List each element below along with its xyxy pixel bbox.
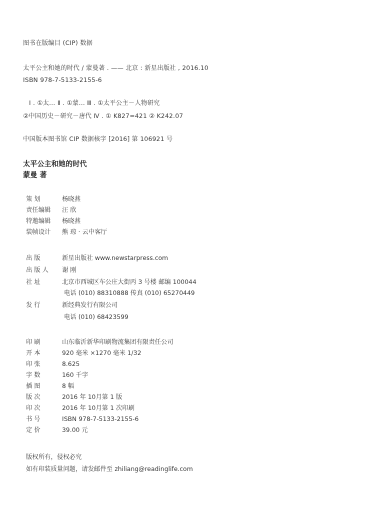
cip-subjects-line2: ②中国历史－研究－唐代 Ⅳ . ① K827=421 ② K242.07 (23, 114, 183, 120)
spec-row-price: 定 价 39.00 元 (26, 428, 88, 434)
address-label: 社 址 (26, 280, 62, 286)
spec-label: 版 次 (26, 395, 62, 401)
publisher-person-value: 谢 刚 (62, 268, 76, 274)
book-title: 太平公主和她的时代 (23, 161, 87, 168)
publisher-row: 出 版 新星出版社 www.newstarpress.com (26, 256, 168, 262)
book-author: 蒙曼 著 (23, 172, 47, 179)
credit-label: 策 划 (26, 197, 62, 203)
credit-guest-editor: 特邀编辑 杨晓燕 (26, 219, 81, 225)
cip-isbn: ISBN 978-7-5133-2155-6 (23, 78, 102, 84)
spec-row-isbn: 书 号 ISBN 978-7-5133-2155-6 (26, 417, 139, 423)
spec-row-format: 开 本 920 毫米 ×1270 毫米 1/32 (26, 351, 141, 357)
publisher-label: 出 版 (26, 256, 62, 262)
spec-row-wordcount: 字 数 160 千字 (26, 373, 88, 379)
publisher-value: 新星出版社 www.newstarpress.com (62, 256, 168, 262)
spec-row-illustrations: 插 图 8 幅 (26, 384, 74, 390)
spec-value: 山东临沂新华印刷物流集团有限责任公司 (62, 340, 173, 346)
spec-value: 8 幅 (62, 384, 74, 390)
spec-label: 书 号 (26, 417, 62, 423)
credit-value: 杨晓燕 (62, 197, 81, 203)
distribution-value: 新经典发行有限公司 (62, 303, 118, 309)
distribution-label: 发 行 (26, 303, 62, 309)
credit-value: 杨晓燕 (62, 219, 81, 225)
credit-value: 汪 欣 (62, 208, 76, 214)
spec-label: 插 图 (26, 384, 62, 390)
publisher-phone-fax: 电话 (010) 88310888 传真 (010) 65270449 (64, 291, 195, 297)
credit-editor: 责任编辑 汪 欣 (26, 208, 76, 214)
spec-value: 39.00 元 (62, 428, 88, 434)
copyright-notice: 版权所有，侵权必究 (26, 455, 82, 461)
spec-value: 160 千字 (62, 373, 88, 379)
credit-label: 特邀编辑 (26, 219, 62, 225)
spec-value: ISBN 978-7-5133-2155-6 (62, 417, 139, 423)
credit-planning: 策 划 杨晓燕 (26, 197, 81, 203)
cip-heading: 图书在版编目 (CIP) 数据 (23, 41, 93, 47)
cip-citation: 太平公主和她的时代 / 蒙曼著 . —— 北京 : 新星出版社 , 2016.1… (23, 66, 208, 72)
copyright-page: 图书在版编目 (CIP) 数据 太平公主和她的时代 / 蒙曼著 . —— 北京 … (0, 0, 375, 528)
address-row: 社 址 北京市西城区车公庄大街丙 3 号楼 邮编 100044 (26, 280, 196, 286)
spec-value: 8.625 (62, 362, 80, 368)
spec-label: 开 本 (26, 351, 62, 357)
distribution-row: 发 行 新经典发行有限公司 (26, 303, 118, 309)
credit-label: 装帧设计 (26, 230, 62, 236)
credit-label: 责任编辑 (26, 208, 62, 214)
spec-row-printer: 印 刷 山东临沂新华印刷物流集团有限责任公司 (26, 340, 173, 346)
spec-label: 字 数 (26, 373, 62, 379)
cip-verification: 中国版本图书馆 CIP 数据核字 [2016] 第 106921 号 (23, 137, 173, 143)
spec-label: 定 价 (26, 428, 62, 434)
credit-value: 熊 琼 · 云中客厅 (62, 230, 107, 236)
spec-label: 印 张 (26, 362, 62, 368)
publisher-person-label: 出 版 人 (26, 268, 62, 274)
spec-row-printing: 印 次 2016 年 10月第 1 次印刷 (26, 406, 135, 412)
distribution-phone: 电话 (010) 68423599 (64, 315, 128, 321)
spec-value: 920 毫米 ×1270 毫米 1/32 (62, 351, 141, 357)
spec-row-sheets: 印 张 8.625 (26, 362, 80, 368)
spec-row-edition: 版 次 2016 年 10月第 1 版 (26, 395, 122, 401)
spec-value: 2016 年 10月第 1 版 (62, 395, 122, 401)
quality-notice: 如有印装质量问题，请发邮件至 zhiliang@readinglife.com (26, 467, 193, 473)
address-value: 北京市西城区车公庄大街丙 3 号楼 邮编 100044 (62, 280, 196, 286)
spec-label: 印 次 (26, 406, 62, 412)
spec-value: 2016 年 10月第 1 次印刷 (62, 406, 135, 412)
publisher-person-row: 出 版 人 谢 刚 (26, 268, 76, 274)
spec-label: 印 刷 (26, 340, 62, 346)
cip-subjects-line1: Ⅰ . ①太… Ⅱ . ①蒙… Ⅲ . ①太平公主－人物研究 (29, 101, 160, 107)
credit-design: 装帧设计 熊 琼 · 云中客厅 (26, 230, 107, 236)
